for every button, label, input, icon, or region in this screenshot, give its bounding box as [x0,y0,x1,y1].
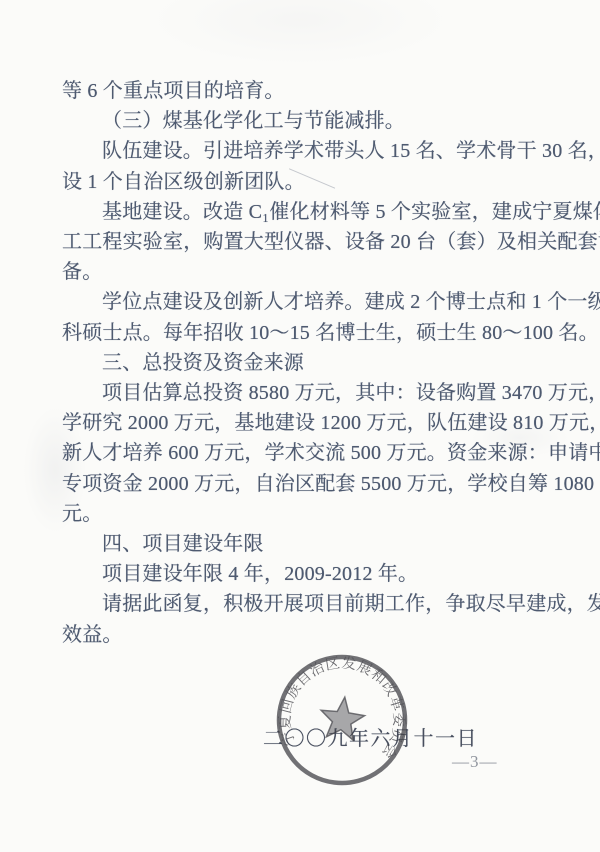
seal-svg: 宁夏回族自治区发展和改革委员会 [251,629,434,812]
document-line: （三）煤基化学化工与节能减排。 [62,106,540,136]
document-line: 等 6 个重点项目的培育。 [62,76,540,106]
document-line: 备。 [62,257,540,287]
document-line: 三、总投资及资金来源 [62,348,540,378]
document-line: 项目估算总投资 8580 万元，其中：设备购置 3470 万元，科 [62,378,540,408]
star-icon [318,695,367,742]
document-line: 新人才培养 600 万元，学术交流 500 万元。资金来源：申请中央 [62,438,540,468]
letter-body: 等 6 个重点项目的培育。（三）煤基化学化工与节能减排。队伍建设。引进培养学术带… [62,76,540,650]
scanned-page: 等 6 个重点项目的培育。（三）煤基化学化工与节能减排。队伍建设。引进培养学术带… [0,0,600,852]
document-line: 元。 [62,499,540,529]
document-line: 请据此函复，积极开展项目前期工作，争取尽早建成，发挥 [62,589,540,619]
document-line: 四、项目建设年限 [62,529,540,559]
document-line: 学研究 2000 万元，基地建设 1200 万元，队伍建设 810 万元，创 [62,408,540,438]
document-line: 科硕士点。每年招收 10～15 名博士生，硕士生 80～100 名。 [62,318,540,348]
document-line: 专项资金 2000 万元，自治区配套 5500 万元，学校自筹 1080 万 [62,469,540,499]
document-line: 工工程实验室，购置大型仪器、设备 20 台（套）及相关配套设 [62,227,540,257]
page-number: —3— [452,752,498,772]
document-line: 队伍建设。引进培养学术带头人 15 名、学术骨干 30 名，建 [62,136,540,166]
document-line: 项目建设年限 4 年，2009-2012 年。 [62,559,540,589]
document-line: 设 1 个自治区级创新团队。 [62,167,540,197]
document-line: 基地建设。改造 C₁催化材料等 5 个实验室，建成宁夏煤化 [62,197,540,227]
official-seal-stamp: 宁夏回族自治区发展和改革委员会 [251,629,434,812]
document-line: 学位点建设及创新人才培养。建成 2 个博士点和 1 个一级学 [62,287,540,317]
